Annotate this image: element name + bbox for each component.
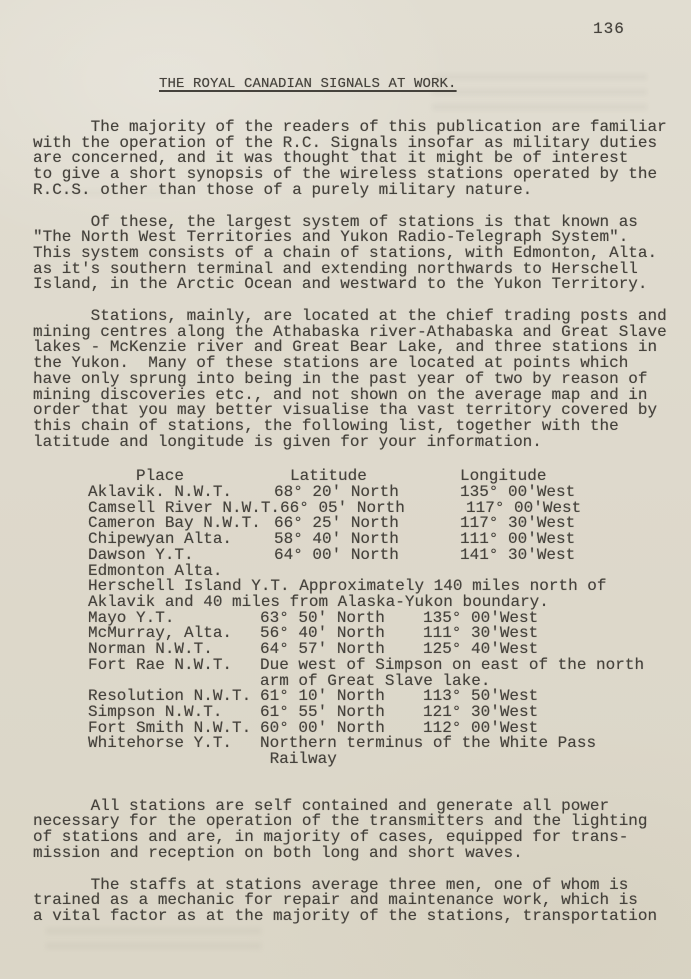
table-row: Fort Rae N.W.T. Due west of Simpson on e… <box>88 658 685 689</box>
document-body: The majority of the readers of this publ… <box>33 120 685 925</box>
table-row: Whitehorse Y.T. Northern terminus of the… <box>88 736 685 767</box>
paper-bleedthrough-smudge <box>432 74 647 116</box>
paper-bleedthrough-smudge <box>46 928 261 952</box>
cell-place: Fort Rae N.W.T. <box>88 658 260 674</box>
document-title: THE ROYAL CANADIAN SIGNALS AT WORK. <box>159 76 457 92</box>
paragraph-4: All stations are self contained and gene… <box>33 799 685 862</box>
cell-note: Northern terminus of the White Pass Rail… <box>260 736 685 767</box>
table-row-note: Herschell Island Y.T. Approximately 140 … <box>88 579 685 610</box>
cell-latitude: 64° 00' North <box>274 548 460 564</box>
station-table: Place Latitude Longitude Aklavik. N.W.T.… <box>88 469 685 767</box>
page-number: 136 <box>593 20 625 38</box>
paragraph-1: The majority of the readers of this publ… <box>33 120 685 199</box>
paragraph-2: Of these, the largest system of stations… <box>33 215 685 294</box>
paragraph-5: The staffs at stations average three men… <box>33 878 685 925</box>
scanned-document-page: 136 THE ROYAL CANADIAN SIGNALS AT WORK. … <box>0 0 691 979</box>
cell-place: Whitehorse Y.T. <box>88 736 260 752</box>
cell-longitude: 141° 30'West <box>460 548 685 564</box>
paragraph-3: Stations, mainly, are located at the chi… <box>33 309 685 450</box>
cell-note: Due west of Simpson on east of the north… <box>260 658 685 689</box>
